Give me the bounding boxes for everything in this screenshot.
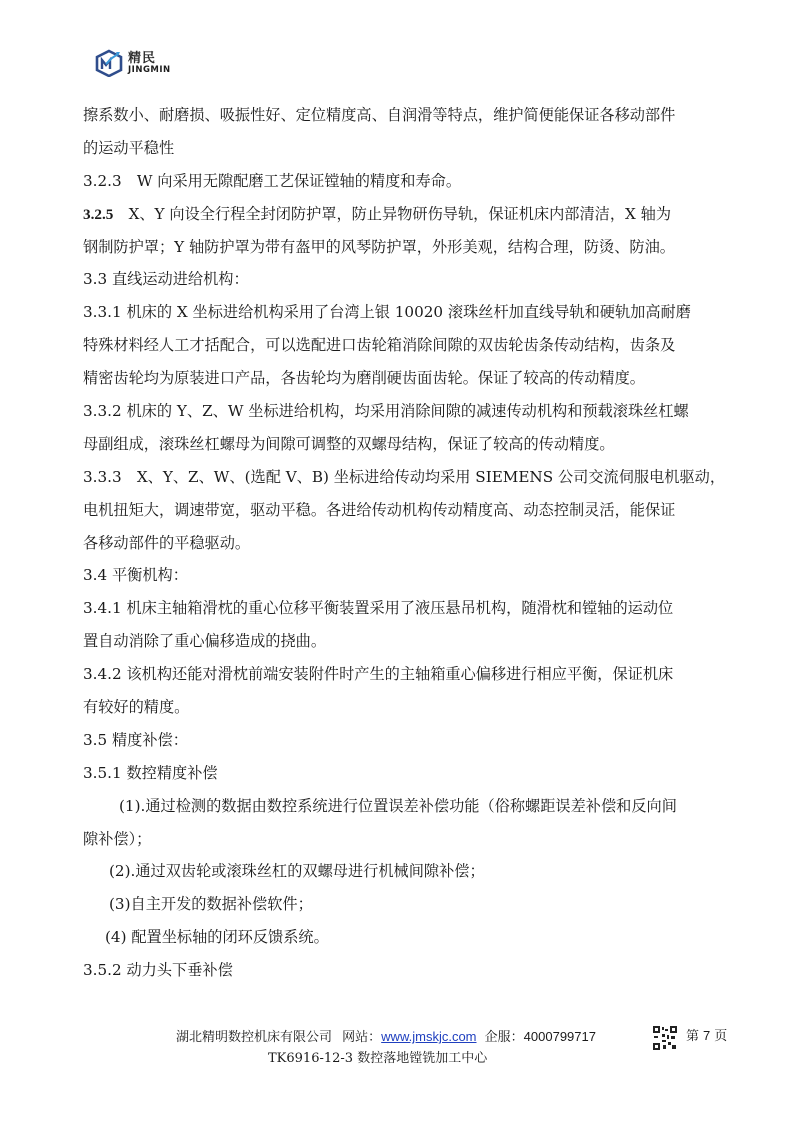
qr-code-icon [653,1026,677,1050]
body-line: 母副组成，滚珠丝杠螺母为间隙可调整的双螺母结构，保证了较高的传动精度。 [83,431,723,464]
list-item-1: (1).通过检测的数据由数控系统进行位置误差补偿功能（俗称螺距误差补偿和反向间 [83,793,723,826]
section-text: X、Y 向设全行程全封闭防护罩，防止异物研伤导轨，保证机床内部清洁，X 轴为 [113,205,671,223]
heading-3-3: 3.3 直线运动进给机构： [83,266,723,299]
list-item-2: (2).通过双齿轮或滚珠丝杠的双螺母进行机械间隙补偿； [83,858,723,891]
body-line: 精密齿轮均为原装进口产品，各齿轮均为磨削硬齿面齿轮。保证了较高的传动精度。 [83,365,723,398]
page-number-value: 7 [703,1028,710,1043]
body-line: 各移动部件的平稳驱动。 [83,530,723,563]
body-line: 有较好的精度。 [83,694,723,727]
service-phone: 4000799717 [524,1029,596,1044]
section-3-4-1: 3.4.1 机床主轴箱滑枕的重心位移平衡装置采用了液压悬吊机构，随滑枕和镗轴的运… [83,595,723,628]
website-label: 网站： [342,1030,381,1045]
body-line: 的运动平稳性 [83,135,723,168]
company-logo: 精民 JINGMIN [94,48,171,78]
section-3-2-5: 3.2.5 X、Y 向设全行程全封闭防护罩，防止异物研伤导轨，保证机床内部清洁，… [83,201,723,234]
page-number: 第7页 [686,1025,727,1044]
heading-3-5: 3.5 精度补偿： [83,727,723,760]
section-3-3-2: 3.3.2 机床的 Y、Z、W 坐标进给机构，均采用消除间隙的减速传动机构和预载… [83,398,723,431]
service-label: 企服： [485,1030,524,1045]
website-link[interactable]: www.jmskjc.com [381,1029,476,1044]
section-3-2-3: 3.2.3 W 向采用无隙配磨工艺保证镗轴的精度和寿命。 [83,168,723,201]
body-line: 隙补偿）； [83,826,723,859]
footer-contact-line: 湖北精明数控机床有限公司 网站：www.jmskjc.com 企服：400079… [176,1026,596,1045]
heading-3-4: 3.4 平衡机构： [83,562,723,595]
body-line: 置自动消除了重心偏移造成的挠曲。 [83,628,723,661]
section-3-3-3: 3.3.3 X、Y、Z、W、(选配 V、B) 坐标进给传动均采用 SIEMENS… [83,464,723,497]
section-number: 3.2.5 [83,206,113,223]
jingmin-logo-icon [94,49,124,77]
list-item-3: (3)自主开发的数据补偿软件； [83,891,723,924]
section-3-5-1: 3.5.1 数控精度补偿 [83,760,723,793]
body-line: 擦系数小、耐磨损、吸振性好、定位精度高、自润滑等特点，维护简便能保证各移动部件 [83,102,723,135]
body-line: 特殊材料经人工才括配合，可以选配进口齿轮箱消除间隙的双齿轮齿条传动结构，齿条及 [83,332,723,365]
body-line: 钢制防护罩；Y 轴防护罩为带有盔甲的风琴防护罩，外形美观，结构合理，防烫、防油。 [83,234,723,267]
section-3-4-2: 3.4.2 该机构还能对滑枕前端安装附件时产生的主轴箱重心偏移进行相应平衡，保证… [83,661,723,694]
list-item-4: (4) 配置坐标轴的闭环反馈系统。 [83,924,723,957]
company-name: 湖北精明数控机床有限公司 [176,1030,332,1045]
section-3-3-1: 3.3.1 机床的 X 坐标进给机构采用了台湾上银 10020 滚珠丝杆加直线导… [83,299,723,332]
logo-chinese-name: 精民 [128,52,171,65]
document-body: 擦系数小、耐磨损、吸振性好、定位精度高、自润滑等特点，维护简便能保证各移动部件 … [83,102,723,990]
footer-product-line: TK6916-12-3 数控落地镗铣加工中心 [268,1047,487,1066]
body-line: 电机扭矩大，调速带宽，驱动平稳。各进给传动机构传动精度高、动态控制灵活，能保证 [83,497,723,530]
logo-english-name: JINGMIN [128,66,171,75]
section-3-5-2: 3.5.2 动力头下垂补偿 [83,957,723,990]
